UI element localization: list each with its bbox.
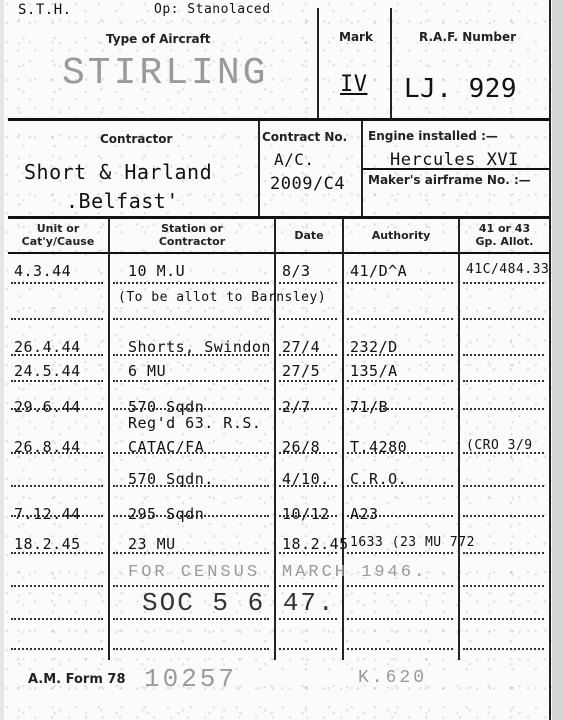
mark-value: IV [340, 72, 368, 97]
column-header: Authority [344, 229, 458, 242]
column-header: Date [276, 229, 342, 242]
ruled-line [11, 485, 103, 487]
cell-station: CATAC/FA [128, 438, 204, 456]
divider [390, 8, 392, 120]
cell-station: 570 Sqdn. [128, 470, 214, 488]
ruled-line [279, 648, 337, 650]
column-header: Unit orCat'y/Cause [8, 222, 108, 248]
cell-authority: T.4280 [350, 438, 407, 456]
cell-date: 10/12 [282, 505, 330, 523]
top-note-left: S.T.H. [18, 2, 72, 18]
column-divider [108, 219, 110, 660]
ruled-line [279, 318, 337, 320]
type-of-aircraft-label: Type of Aircraft [106, 32, 211, 46]
contract-no-line1: A/C. [274, 150, 315, 169]
cell-allot: (CRO 3/9 [466, 438, 533, 453]
cell-station: 6 MU [128, 362, 166, 380]
cell-station: SOC 5 6 47. [142, 588, 336, 618]
ruled-line [11, 282, 103, 284]
cell-authority: A23 [350, 505, 379, 523]
ruled-line [463, 585, 544, 587]
cell-date: 8/3 [282, 262, 311, 280]
ruled-line [463, 408, 544, 410]
airframe-label: Maker's airframe No. :— [368, 173, 531, 187]
form-number: A.M. Form 78 [28, 672, 126, 687]
cell-unit: 4.3.44 [14, 262, 71, 280]
divider [8, 118, 549, 121]
mark-label: Mark [339, 30, 373, 44]
ruled-line [113, 380, 269, 382]
engine-value: Hercules XVI [390, 150, 519, 170]
divider [317, 8, 319, 120]
contractor-value-line1: Short & Harland [24, 160, 212, 184]
cell-station: Shorts, Swindon [128, 338, 271, 356]
aircraft-record-card: S.T.H. Op: Stanolaced Type of Aircraft S… [4, 0, 552, 720]
ruled-line [347, 618, 453, 620]
cell-authority: 41/D^A [350, 262, 407, 280]
column-header: Station orContractor [110, 222, 274, 248]
ruled-line [463, 648, 544, 650]
ruled-line [11, 318, 103, 320]
cell-unit: 29.6.44 [14, 398, 81, 416]
contract-no-line2: 2009/C4 [270, 174, 345, 194]
cell-station: FOR CENSUS [128, 563, 260, 582]
cell-allot: 41C/484.33 [466, 262, 549, 277]
ruled-line [279, 282, 337, 284]
divider [8, 216, 549, 219]
divider [8, 252, 549, 254]
ruled-line [347, 585, 453, 587]
ruled-line [279, 618, 337, 620]
raf-number-value: LJ. 929 [404, 74, 517, 104]
contractor-label: Contractor [100, 132, 172, 146]
ruled-line [463, 515, 544, 517]
cell-station: Reg'd 63. R.S. [128, 414, 261, 432]
ruled-line [113, 648, 269, 650]
ruled-line [11, 380, 103, 382]
cell-station: 23 MU [128, 535, 176, 553]
cell-unit: 26.8.44 [14, 438, 81, 456]
cell-unit: 26.4.44 [14, 338, 81, 356]
cell-date: 2/7 [282, 398, 311, 416]
ruled-line [463, 380, 544, 382]
serial-stamp: 10257 [144, 664, 237, 694]
ruled-line [463, 318, 544, 320]
ruled-line [279, 585, 337, 587]
contractor-value-line2: .Belfast' [66, 189, 179, 213]
column-header: 41 or 43Gp. Allot. [460, 222, 549, 248]
ruled-line [347, 552, 453, 554]
type-of-aircraft-value: STIRLING [62, 52, 268, 95]
raf-number-label: R.A.F. Number [419, 30, 516, 44]
ruled-line [463, 282, 544, 284]
cell-date: 18.2.45 [282, 535, 349, 553]
bottom-stamp: K.620 [358, 668, 427, 688]
cell-station: (To be allot to Barnsley) [118, 290, 326, 305]
divider [258, 121, 260, 217]
ruled-line [347, 380, 453, 382]
cell-date: 4/10. [282, 470, 330, 488]
ruled-line [463, 618, 544, 620]
cell-station: 295 Sqdn [128, 505, 204, 523]
ruled-line [11, 585, 103, 587]
cell-date: 26/8 [282, 438, 320, 456]
ruled-line [347, 282, 453, 284]
cell-unit: 18.2.45 [14, 535, 81, 553]
divider [363, 168, 549, 170]
engine-label: Engine installed :— [368, 129, 498, 143]
column-divider [458, 219, 460, 660]
ruled-line [11, 618, 103, 620]
cell-station: 10 M.U [128, 262, 185, 280]
ruled-line [463, 485, 544, 487]
contract-no-label: Contract No. [262, 130, 347, 144]
ruled-line [347, 318, 453, 320]
cell-date: 27/5 [282, 362, 320, 380]
ruled-line [347, 648, 453, 650]
cell-unit: 7.12.44 [14, 505, 81, 523]
top-note-op: Op: Stanolaced [154, 2, 271, 17]
cell-authority: 135/A [350, 362, 398, 380]
ruled-line [463, 354, 544, 356]
cell-date: MARCH 1946. [282, 563, 427, 582]
ruled-line [113, 618, 269, 620]
cell-authority: 1633 (23 MU 772 [350, 535, 475, 550]
column-divider [342, 219, 344, 660]
cell-authority: 232/D [350, 338, 398, 356]
ruled-line [279, 380, 337, 382]
ruled-line [463, 552, 544, 554]
cell-date: 27/4 [282, 338, 320, 356]
ruled-line [113, 282, 269, 284]
ruled-line [113, 585, 269, 587]
cell-unit: 24.5.44 [14, 362, 81, 380]
ruled-line [113, 318, 269, 320]
cell-authority: C.R.O. [350, 470, 407, 488]
scan-margin [552, 0, 563, 720]
cell-authority: 71/B [350, 398, 388, 416]
right-border [549, 0, 551, 720]
ruled-line [11, 648, 103, 650]
